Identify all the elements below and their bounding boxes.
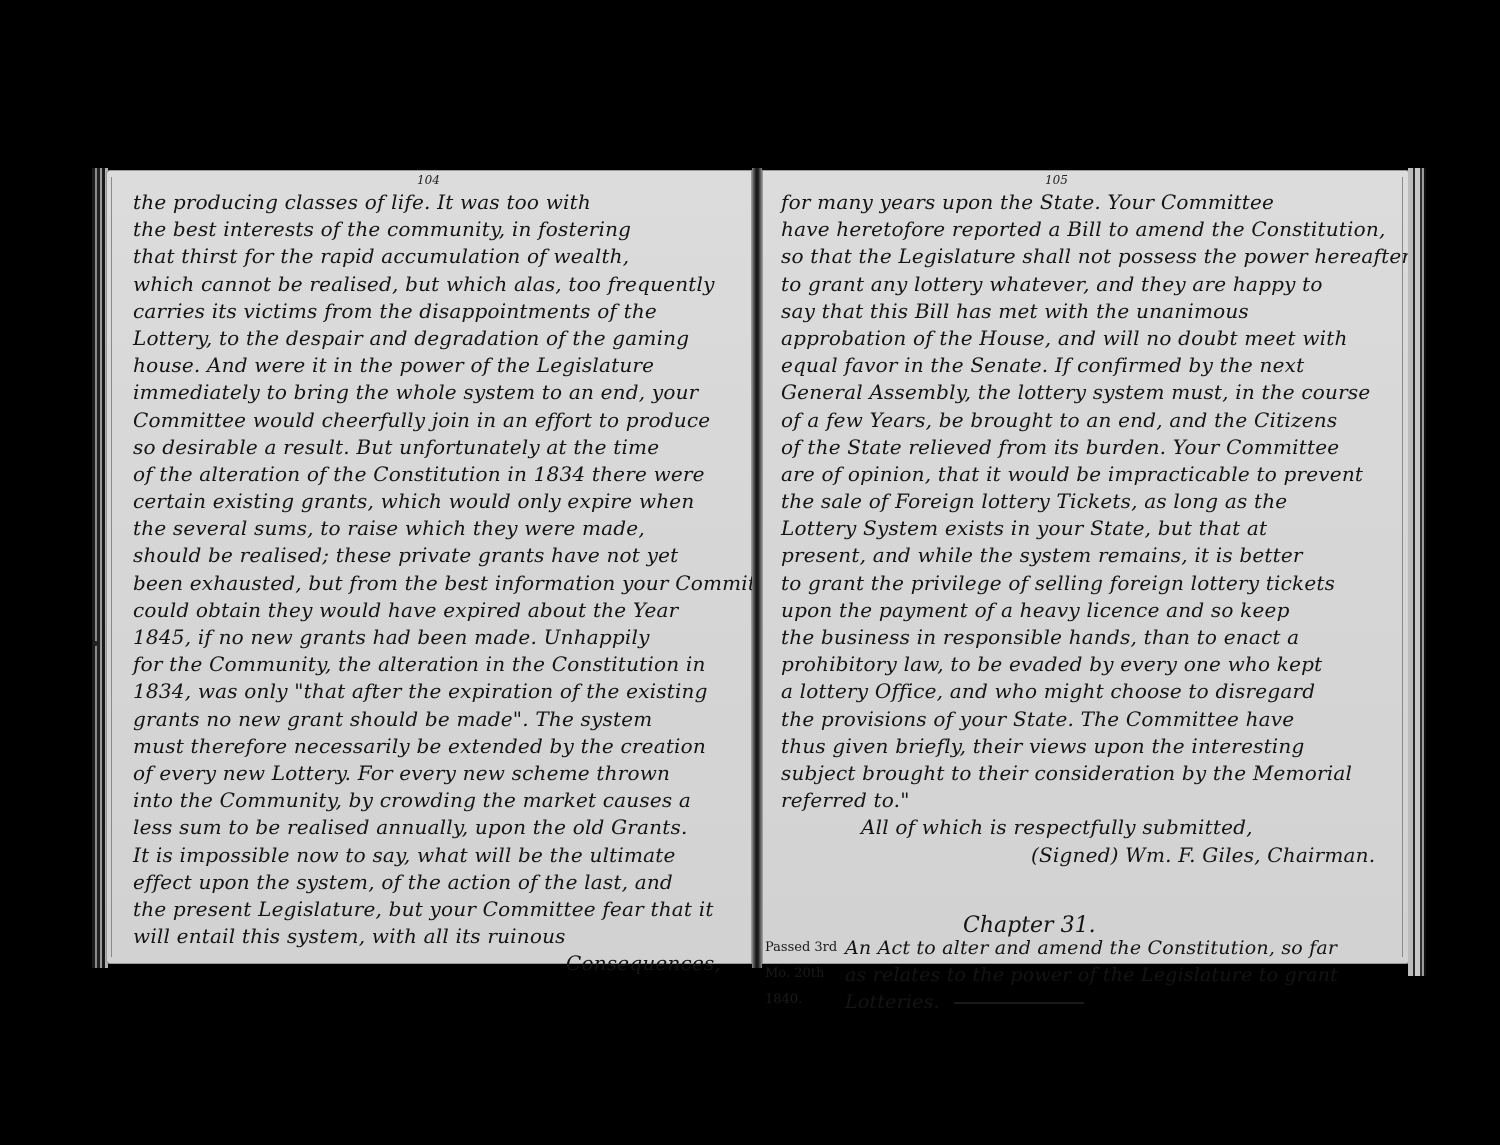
text-line: should be realised; these private grants… <box>133 542 737 569</box>
text-line: subject brought to their consideration b… <box>781 760 1399 787</box>
act-line: as relates to the power of the Legislatu… <box>845 962 1399 989</box>
act-date: Passed 3rd Mo. 20th 1840. <box>765 935 845 1013</box>
text-line: equal favor in the Senate. If confirmed … <box>781 352 1399 379</box>
text-line: the producing classes of life. It was to… <box>133 189 737 216</box>
text-line: that thirst for the rapid accumulation o… <box>133 243 737 270</box>
right-margin-rule <box>1402 177 1403 957</box>
text-line: effect upon the system, of the action of… <box>133 869 737 896</box>
text-line: into the Community, by crowding the mark… <box>133 787 737 814</box>
text-line: to grant the privilege of selling foreig… <box>781 570 1399 597</box>
open-ledger-book: 104 the producing classes of life. It wa… <box>86 160 1426 980</box>
act-date-year: 1840. <box>765 987 845 1013</box>
text-line: could obtain they would have expired abo… <box>133 597 737 624</box>
text-line: are of opinion, that it would be impract… <box>781 461 1399 488</box>
text-line: of the State relieved from its burden. Y… <box>781 434 1399 461</box>
act-line: An Act to alter and amend the Constituti… <box>845 935 1399 962</box>
text-line: for the Community, the alteration in the… <box>133 651 737 678</box>
text-line: of every new Lottery. For every new sche… <box>133 760 737 787</box>
text-line: present, and while the system remains, i… <box>781 542 1399 569</box>
text-line: been exhausted, but from the best inform… <box>133 570 737 597</box>
text-line: the provisions of your State. The Commit… <box>781 706 1399 733</box>
text-line: 1834, was only "that after the expiratio… <box>133 678 737 705</box>
text-line: approbation of the House, and will no do… <box>781 325 1399 352</box>
signature-line: (Signed) Wm. F. Giles, Chairman. <box>781 842 1399 869</box>
text-line: the sale of Foreign lottery Tickets, as … <box>781 488 1399 515</box>
text-line: the several sums, to raise which they we… <box>133 515 737 542</box>
left-page: 104 the producing classes of life. It wa… <box>106 170 752 964</box>
text-line: Committee would cheerfully join in an ef… <box>133 407 737 434</box>
right-page-edges <box>1408 168 1426 976</box>
ink-dot-mark <box>93 641 98 646</box>
text-line: of a few Years, be brought to an end, an… <box>781 407 1399 434</box>
text-line: have heretofore reported a Bill to amend… <box>781 216 1399 243</box>
act-line-text: Lotteries. <box>845 991 940 1013</box>
text-line: so that the Legislature shall not posses… <box>781 243 1399 270</box>
page-number-right: 105 <box>1045 173 1068 187</box>
catchword: Consequences, <box>133 950 737 977</box>
text-line: less sum to be realised annually, upon t… <box>133 814 737 841</box>
text-line: immediately to bring the whole system to… <box>133 379 737 406</box>
text-line: upon the payment of a heavy licence and … <box>781 597 1399 624</box>
page-number-left: 104 <box>417 173 440 187</box>
text-line: It is impossible now to say, what will b… <box>133 842 737 869</box>
text-line: certain existing grants, which would onl… <box>133 488 737 515</box>
left-page-text: the producing classes of life. It was to… <box>133 189 737 977</box>
left-margin-rule <box>111 177 112 957</box>
book-gutter <box>752 168 762 968</box>
text-line: Lottery System exists in your State, but… <box>781 515 1399 542</box>
text-line: must therefore necessarily be extended b… <box>133 733 737 760</box>
act-date-passed: Passed 3rd Mo. 20th <box>765 935 845 987</box>
closing-line: All of which is respectfully submitted, <box>781 814 1399 841</box>
text-line: General Assembly, the lottery system mus… <box>781 379 1399 406</box>
text-line: the best interests of the community, in … <box>133 216 737 243</box>
right-page: 105 for many years upon the State. Your … <box>762 170 1410 964</box>
text-line: of the alteration of the Constitution in… <box>133 461 737 488</box>
text-line: the present Legislature, but your Commit… <box>133 896 737 923</box>
text-line: so desirable a result. But unfortunately… <box>133 434 737 461</box>
text-line: prohibitory law, to be evaded by every o… <box>781 651 1399 678</box>
text-line: referred to." <box>781 787 1399 814</box>
text-line: to grant any lottery whatever, and they … <box>781 271 1399 298</box>
text-line: say that this Bill has met with the unan… <box>781 298 1399 325</box>
text-line: house. And were it in the power of the L… <box>133 352 737 379</box>
text-line: 1845, if no new grants had been made. Un… <box>133 624 737 651</box>
text-line: the business in responsible hands, than … <box>781 624 1399 651</box>
text-line: thus given briefly, their views upon the… <box>781 733 1399 760</box>
text-line: Lottery, to the despair and degradation … <box>133 325 737 352</box>
text-line: which cannot be realised, but which alas… <box>133 271 737 298</box>
text-line: grants no new grant should be made". The… <box>133 706 737 733</box>
text-line: will entail this system, with all its ru… <box>133 923 737 950</box>
end-rule <box>954 1002 1084 1004</box>
act-title: An Act to alter and amend the Constituti… <box>845 935 1399 1017</box>
text-line: carries its victims from the disappointm… <box>133 298 737 325</box>
act-line-final: Lotteries. <box>845 989 1399 1016</box>
right-page-text: for many years upon the State. Your Comm… <box>781 189 1399 869</box>
text-line: for many years upon the State. Your Comm… <box>781 189 1399 216</box>
text-line: a lottery Office, and who might choose t… <box>781 678 1399 705</box>
